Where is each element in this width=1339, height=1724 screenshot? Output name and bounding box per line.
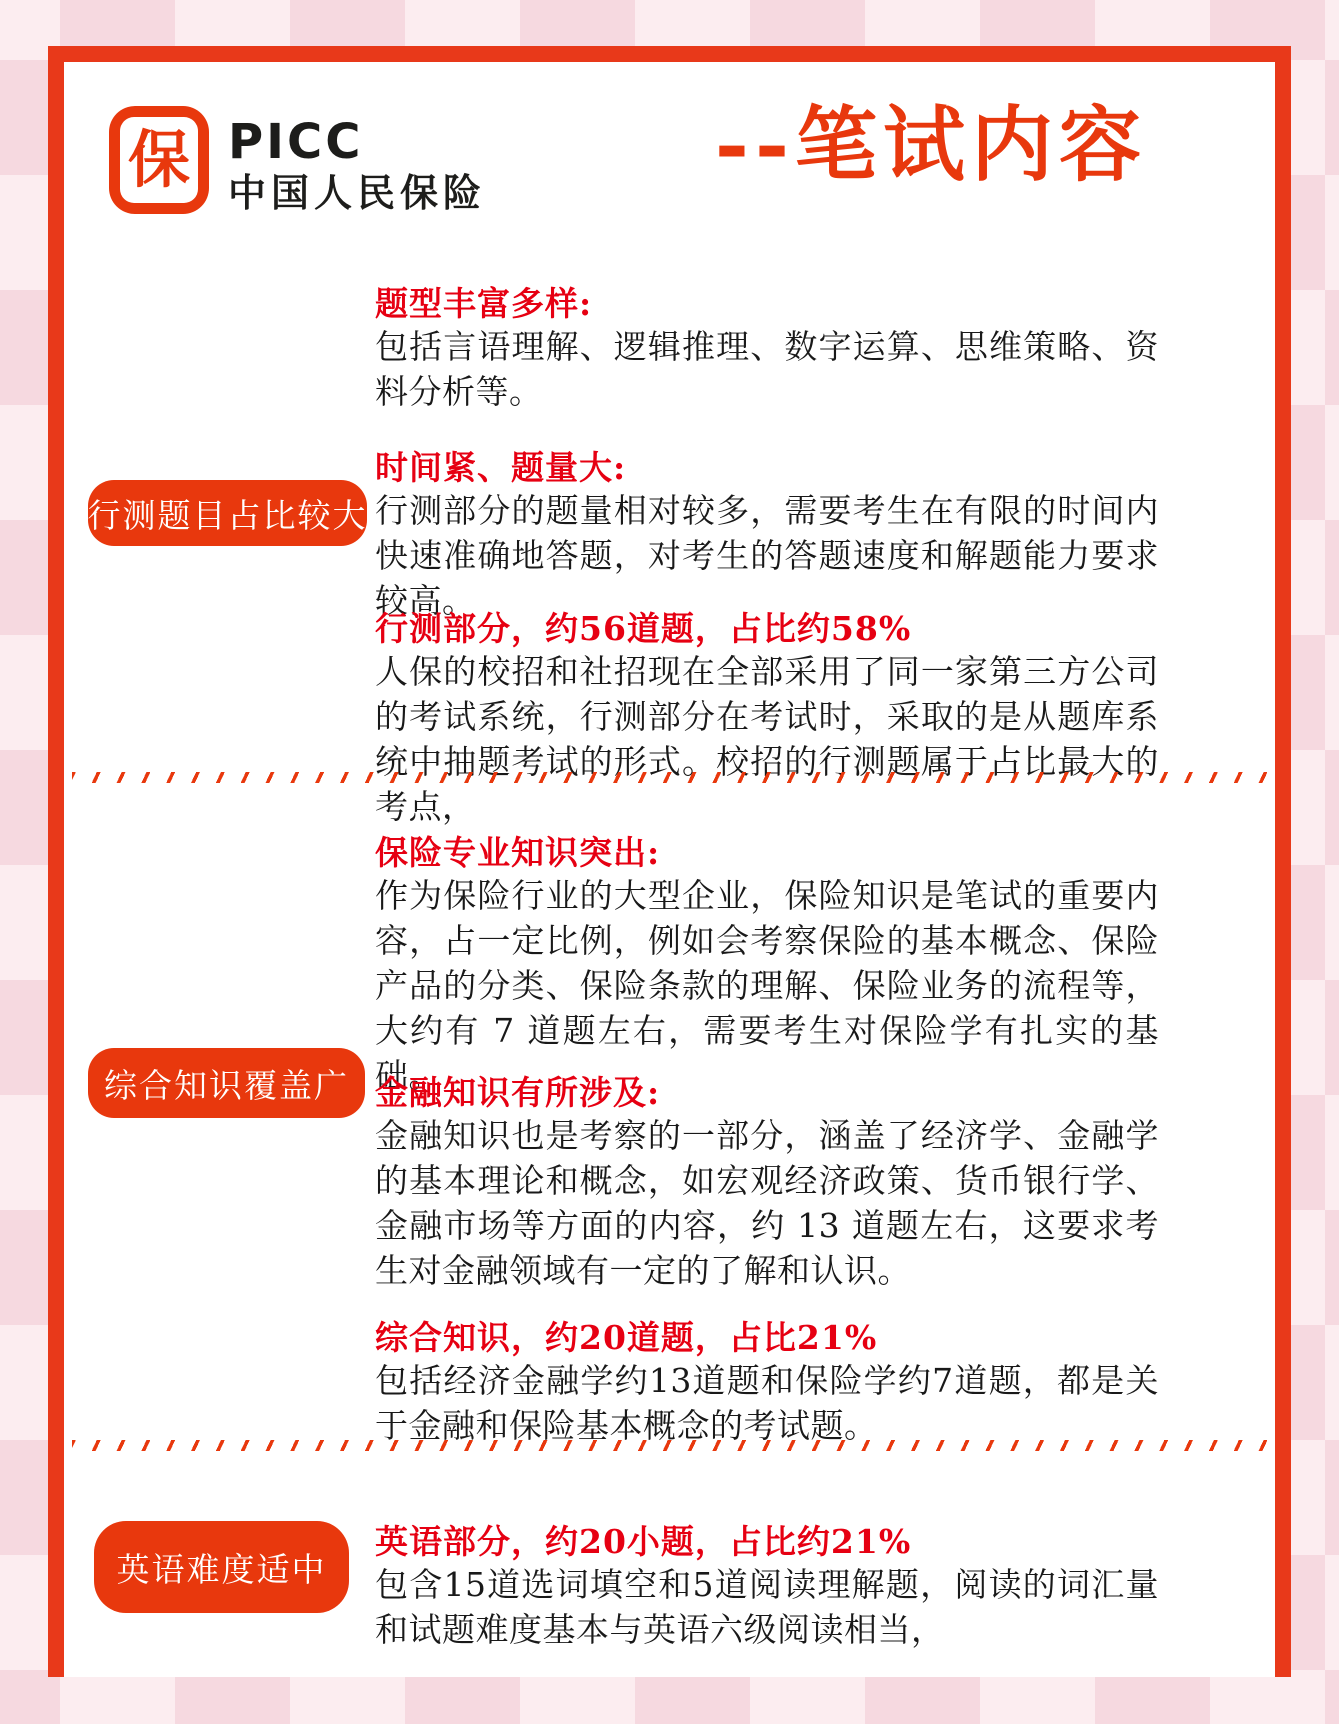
section-label-zonghe: 综合知识覆盖广 <box>88 1048 365 1118</box>
brand-block: PICC 中国人民保险 <box>228 118 486 212</box>
block-time-pressure: 时间紧、题量大: 行测部分的题量相对较多，需要考生在有限的时间内快速准确地答题，… <box>375 447 1159 623</box>
block-xingce-share: 行测部分，约56道题，占比约58% 人保的校招和社招现在全部采用了同一家第三方公… <box>375 608 1159 829</box>
body-zonghe-share: 包括经济金融学约13道题和保险学约7道题，都是关于金融和保险基本概念的考试题。 <box>375 1358 1159 1448</box>
dotted-divider-2 <box>72 1440 1267 1451</box>
block-english-share: 英语部分，约20小题，占比约21% 包含15道选词填空和5道阅读理解题，阅读的词… <box>375 1521 1159 1652</box>
block-insurance-knowledge: 保险专业知识突出: 作为保险行业的大型企业，保险知识是笔试的重要内容，占一定比例… <box>375 832 1159 1098</box>
block-zonghe-share: 综合知识，约20道题，占比21% 包括经济金融学约13道题和保险学约7道题，都是… <box>375 1317 1159 1448</box>
brand-name-en: PICC <box>228 118 486 166</box>
body-xingce-share: 人保的校招和社招现在全部采用了同一家第三方公司的考试系统，行测部分在考试时，采取… <box>375 649 1159 829</box>
heading-zonghe-share: 综合知识，约20道题，占比21% <box>375 1317 1159 1358</box>
brand-name-zh: 中国人民保险 <box>228 174 486 212</box>
page-title: --笔试内容 <box>715 100 1147 190</box>
heading-question-types: 题型丰富多样: <box>375 283 1159 324</box>
body-time-pressure: 行测部分的题量相对较多，需要考生在有限的时间内快速准确地答题，对考生的答题速度和… <box>375 488 1159 623</box>
poster-card: 保 PICC 中国人民保险 --笔试内容 行测题目占比较大 综合知识覆盖广 英语… <box>48 46 1291 1677</box>
dotted-divider-1 <box>72 772 1267 783</box>
body-finance-knowledge: 金融知识也是考察的一部分，涵盖了经济学、金融学的基本理论和概念，如宏观经济政策、… <box>375 1113 1159 1293</box>
heading-english-share: 英语部分，约20小题，占比约21% <box>375 1521 1159 1562</box>
section-label-yingyu: 英语难度适中 <box>94 1521 349 1613</box>
section-label-xingce: 行测题目占比较大 <box>88 480 367 546</box>
heading-xingce-share: 行测部分，约56道题，占比约58% <box>375 608 1159 649</box>
block-finance-knowledge: 金融知识有所涉及: 金融知识也是考察的一部分，涵盖了经济学、金融学的基本理论和概… <box>375 1072 1159 1293</box>
heading-finance-knowledge: 金融知识有所涉及: <box>375 1072 1159 1113</box>
body-english-share: 包含15道选词填空和5道阅读理解题，阅读的词汇量和试题难度基本与英语六级阅读相当… <box>375 1562 1159 1652</box>
body-question-types: 包括言语理解、逻辑推理、数字运算、思维策略、资料分析等。 <box>375 324 1159 414</box>
picc-seal-glyph: 保 <box>128 129 190 191</box>
heading-time-pressure: 时间紧、题量大: <box>375 447 1159 488</box>
picc-seal-inner: 保 <box>120 117 198 203</box>
picc-seal-icon: 保 <box>109 106 209 214</box>
body-insurance-knowledge: 作为保险行业的大型企业，保险知识是笔试的重要内容，占一定比例，例如会考察保险的基… <box>375 873 1159 1098</box>
block-question-types: 题型丰富多样: 包括言语理解、逻辑推理、数字运算、思维策略、资料分析等。 <box>375 283 1159 414</box>
heading-insurance-knowledge: 保险专业知识突出: <box>375 832 1159 873</box>
